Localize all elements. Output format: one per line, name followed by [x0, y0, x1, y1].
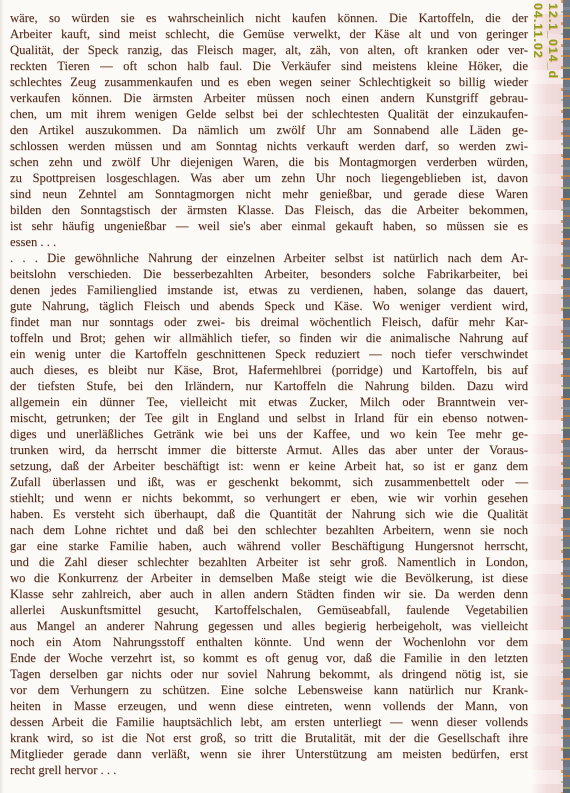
text-line: chen, um mit ihrem wenigen Gelde selbst …	[10, 106, 528, 122]
scanned-page: 12.1_014_d 04.11.02 wäre, so würden sie …	[0, 0, 570, 793]
text-line: noch ein Atom Nahrungsstoff enthalten kö…	[10, 634, 528, 650]
text-line: heiten in Masse erzeugen, und wenn diese…	[10, 698, 528, 714]
text-line: bilden den Sonntagstisch der ärmsten Kla…	[10, 202, 528, 218]
text-line: dessen Arbeit die Familie hauptsächlich …	[10, 714, 528, 730]
text-line: diges und unerläßliches Getränk wie bei …	[10, 426, 528, 442]
text-line: zu Spottpreisen losgeschlagen. Was aber …	[10, 170, 528, 186]
text-line: toffeln und Brot; gehen wir allmählich t…	[10, 330, 528, 346]
text-line: Arbeiter kauft, sind meist schlecht, die…	[10, 26, 528, 42]
text-line: wo die Konkurrenz der Arbeiter in demsel…	[10, 570, 528, 586]
text-line: der tiefsten Stufe, bei den Irländern, n…	[10, 378, 528, 394]
text-line: denen jedes Familienglied imstande ist, …	[10, 282, 528, 298]
text-line: nach dem Lohne richtet und daß bei den s…	[10, 522, 528, 538]
text-line: reckten Tieren — oft schon halb faul. Di…	[10, 58, 528, 74]
text-block: wäre, so würden sie es wahrscheinlich ni…	[10, 10, 528, 778]
text-line: stiehlt; und wenn er nichts bekommt, so …	[10, 490, 528, 506]
text-line: vor dem Verhungern zu schützen. Eine sol…	[10, 682, 528, 698]
text-line: sind neun Zehntel am Sonntagmorgen nicht…	[10, 186, 528, 202]
text-line: recht grell hervor . . .	[10, 762, 528, 778]
text-line: wäre, so würden sie es wahrscheinlich ni…	[10, 10, 528, 26]
text-line: . . . Die gewöhnliche Nahrung der einzel…	[10, 250, 528, 266]
text-line: gar eine starke Familie haben, auch währ…	[10, 538, 528, 554]
paragraph: . . . Die gewöhnliche Nahrung der einzel…	[10, 250, 528, 778]
text-line: beitslohn verschieden. Die besserbezahlt…	[10, 266, 528, 282]
text-line: krank wird, so ist die Not erst groß, so…	[10, 730, 528, 746]
text-line: verkaufen können. Die ärmsten Arbeiter m…	[10, 90, 528, 106]
text-line: trunken wird, da herrscht immer die bitt…	[10, 442, 528, 458]
text-line: essen . . .	[10, 234, 528, 250]
text-line: den Artikel auszukommen. Da nämlich um z…	[10, 122, 528, 138]
text-line: setzung, daß der Arbeiter beschäftigt is…	[10, 458, 528, 474]
book-edge-band	[563, 0, 570, 793]
archive-label-id: 12.1_014_d	[545, 3, 560, 79]
text-line: findet man nur sonntags oder zwei- bis d…	[10, 314, 528, 330]
archive-label-date: 04.11.02	[530, 3, 545, 79]
text-line: ein wenig unter die Kartoffeln geschnitt…	[10, 346, 528, 362]
text-line: ist sehr häufig ungenießbar — weil sie's…	[10, 218, 528, 234]
text-line: schen zehn und zwölf Uhr diejenigen Ware…	[10, 154, 528, 170]
text-line: gute Nahrung, täglich Fleisch und abends…	[10, 298, 528, 314]
text-line: Ende der Woche verzehrt ist, so kommt es…	[10, 650, 528, 666]
text-line: Tagen derselben gar nichts oder nur sovi…	[10, 666, 528, 682]
text-line: allerlei Auskunftsmittel gesucht, Kartof…	[10, 602, 528, 618]
text-line: Zufall überlassen und ißt, was er gesche…	[10, 474, 528, 490]
text-line: und die Zahl dieser schlechter bezahlten…	[10, 554, 528, 570]
text-line: aus Mangel an anderer Nahrung gegessen u…	[10, 618, 528, 634]
text-line: Mitglieder gerade dann verläßt, wenn sie…	[10, 746, 528, 762]
text-line: schlossen werden müssen und am Sonntag n…	[10, 138, 528, 154]
text-line: Qualität, der Speck ranzig, das Fleisch …	[10, 42, 528, 58]
text-line: allgemein ein dünner Tee, vielleicht mit…	[10, 394, 528, 410]
text-line: auch dieses, es bleibt nur Käse, Brot, H…	[10, 362, 528, 378]
archive-label: 12.1_014_d 04.11.02	[530, 3, 560, 79]
text-line: mischt, getrunken; der Tee gilt in Engla…	[10, 410, 528, 426]
paragraph: wäre, so würden sie es wahrscheinlich ni…	[10, 10, 528, 250]
text-line: schlechtes Zeug zusammenkaufen und es eb…	[10, 74, 528, 90]
text-line: Klasse sehr zahlreich, aber auch in alle…	[10, 586, 528, 602]
text-line: haben. Es versteht sich überhaupt, daß d…	[10, 506, 528, 522]
